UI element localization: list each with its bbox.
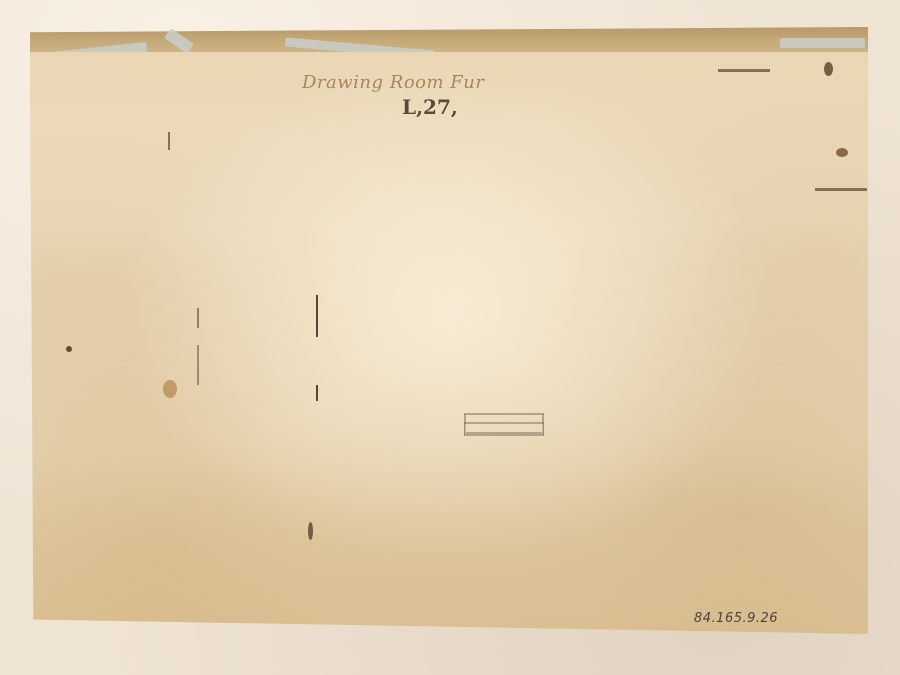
scratch-mark <box>168 132 170 150</box>
handwritten-title: Drawing Room Fur <box>302 72 484 93</box>
drawing-sheet-verso <box>30 52 868 634</box>
stain <box>836 148 848 157</box>
cornice-sketch <box>462 411 546 441</box>
scratch-mark <box>718 69 770 72</box>
scratch-mark <box>316 295 318 337</box>
stain <box>163 380 177 398</box>
scratch-mark <box>197 345 199 385</box>
tape-fragment <box>780 38 865 48</box>
stain <box>66 346 72 352</box>
handwritten-reference: L,27, <box>402 95 458 119</box>
scratch-mark <box>197 308 199 328</box>
stain <box>308 522 313 540</box>
scratch-mark <box>316 385 318 401</box>
accession-number: 84.165.9.26 <box>694 611 778 626</box>
scratch-mark <box>815 188 867 191</box>
stain <box>824 62 833 76</box>
